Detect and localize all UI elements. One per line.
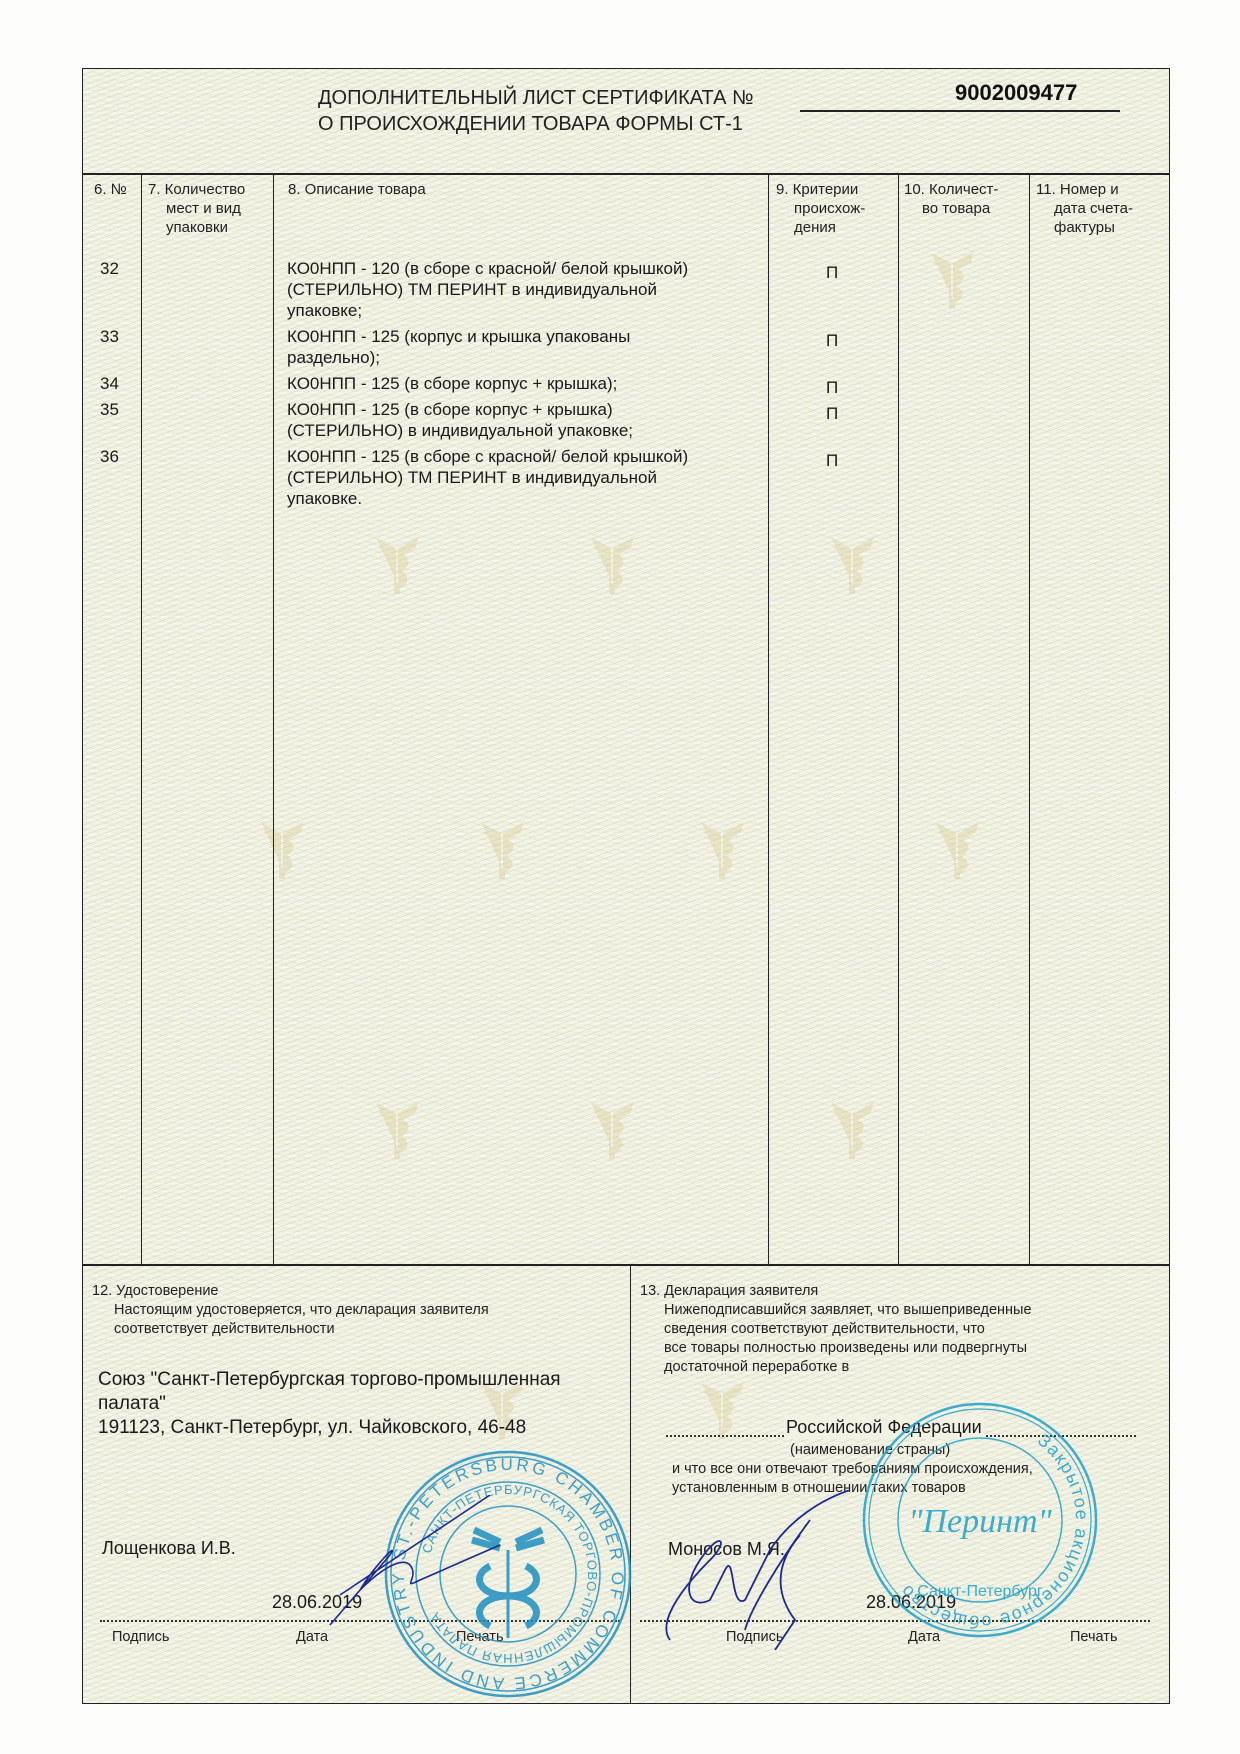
declaration-text-line-2: сведения соответствуют действительности,… — [664, 1320, 985, 1339]
row-number: 36 — [100, 446, 119, 467]
chamber-name-line-1: Союз "Санкт-Петербургская торгово-промыш… — [98, 1368, 561, 1392]
row-origin-criterion: П — [826, 450, 838, 471]
certificate-number-underline — [800, 110, 1120, 112]
declarant-signature-icon — [650, 1490, 880, 1650]
row-number: 34 — [100, 373, 119, 394]
column-header-label: 10. Количест- — [904, 181, 998, 198]
watermark-emblem-icon — [590, 535, 634, 595]
row-description-line: КО0НПП - 125 (в сборе с красной/ белой к… — [287, 446, 688, 467]
column-header-subline: происхож- — [776, 199, 896, 218]
chamber-address: 191123, Санкт-Петербург, ул. Чайковского… — [98, 1416, 526, 1440]
table-bottom-border — [82, 1264, 1170, 1266]
stamp-center-text: "Перинт" — [908, 1503, 1052, 1540]
column-header-label: 11. Номер и — [1036, 181, 1119, 198]
row-description-line: КО0НПП - 125 (в сборе корпус + крышка) — [287, 399, 613, 420]
watermark-emblem-icon — [830, 1100, 874, 1160]
certificate-number: 9002009477 — [955, 80, 1077, 106]
row-description-line: (СТЕРИЛЬНО) ТМ ПЕРИНТ в индивидуальной — [287, 467, 657, 488]
perint-company-stamp-icon: Закрытое акционерное общество "Перинт" С… — [860, 1400, 1100, 1640]
watermark-emblem-icon — [700, 1380, 744, 1440]
certifier-signature-icon — [280, 1495, 540, 1635]
row-description-line: КО0НПП - 120 (в сборе с красной/ белой к… — [287, 258, 688, 279]
column-header-subline: упаковки — [148, 218, 273, 237]
row-description-line: КО0НПП - 125 (в сборе корпус + крышка); — [287, 373, 617, 394]
column-header-label: 6. № — [94, 181, 127, 198]
watermark-emblem-icon — [930, 250, 974, 310]
column-divider-9-10 — [898, 173, 899, 1264]
row-description-line: раздельно); — [287, 347, 380, 368]
chamber-name-line-2: палата" — [98, 1392, 166, 1416]
watermark-emblem-icon — [260, 820, 304, 880]
row-number: 35 — [100, 399, 119, 420]
declaration-text-line-4: достаточной переработке в — [664, 1358, 849, 1377]
column-divider-6-7 — [141, 173, 142, 1264]
certification-heading: 12. Удостоверение — [92, 1282, 219, 1301]
column-header-label: 8. Описание товара — [288, 181, 426, 198]
column-header-description: 8. Описание товара — [288, 180, 426, 199]
column-header-label: 7. Количество — [148, 181, 245, 198]
column-divider-10-11 — [1029, 173, 1030, 1264]
declaration-text-line-3: все товары полностью произведены или под… — [664, 1339, 1027, 1358]
row-origin-criterion: П — [826, 403, 838, 424]
certification-signature-label: Подпись — [112, 1628, 169, 1647]
column-header-quantity: 10. Количест- во товара — [904, 180, 1028, 218]
column-header-invoice: 11. Номер и дата счета- фактуры — [1036, 180, 1166, 237]
column-header-subline: дения — [776, 218, 896, 237]
table-top-border — [82, 173, 1170, 175]
declaration-heading: 13. Декларация заявителя — [640, 1282, 818, 1301]
certification-text-line-1: Настоящим удостоверяется, что декларация… — [114, 1301, 489, 1320]
watermark-emblem-icon — [375, 535, 419, 595]
column-header-subline: фактуры — [1036, 218, 1166, 237]
certification-text-line-2: соответствует действительности — [114, 1320, 335, 1339]
column-header-packages: 7. Количество мест и вид упаковки — [148, 180, 273, 237]
column-header-subline: во товара — [904, 199, 1028, 218]
certifier-name: Лощенкова И.В. — [102, 1536, 236, 1560]
column-divider-8-9 — [768, 173, 769, 1264]
title-line-1: ДОПОЛНИТЕЛЬНЫЙ ЛИСТ СЕРТИФИКАТА № — [318, 86, 753, 111]
watermark-emblem-icon — [590, 1100, 634, 1160]
column-header-subline: дата счета- — [1036, 199, 1166, 218]
row-description-line: (СТЕРИЛЬНО) ТМ ПЕРИНТ в индивидуальной — [287, 279, 657, 300]
row-number: 33 — [100, 326, 119, 347]
row-description-line: КО0НПП - 125 (корпус и крышка упакованы — [287, 326, 630, 347]
row-number: 32 — [100, 258, 119, 279]
watermark-emblem-icon — [935, 820, 979, 880]
watermark-emblem-icon — [700, 820, 744, 880]
declaration-text-line-1: Нижеподписавшийся заявляет, что вышеприв… — [664, 1301, 1032, 1320]
row-origin-criterion: П — [826, 262, 838, 283]
row-description-line: (СТЕРИЛЬНО) в индивидуальной упаковке; — [287, 420, 633, 441]
watermark-emblem-icon — [830, 535, 874, 595]
watermark-emblem-icon — [480, 820, 524, 880]
stamp-bottom-text: Санкт-Петербург — [917, 1583, 1043, 1600]
column-header-label: 9. Критерии — [776, 181, 858, 198]
column-header-origin-criteria: 9. Критерии происхож- дения — [776, 180, 896, 237]
row-origin-criterion: П — [826, 330, 838, 351]
watermark-emblem-icon — [375, 1100, 419, 1160]
row-origin-criterion: П — [826, 377, 838, 398]
column-header-number: 6. № — [94, 180, 139, 199]
column-header-subline: мест и вид — [148, 199, 273, 218]
row-description-line: упаковке; — [287, 300, 362, 321]
column-divider-7-8 — [273, 173, 274, 1264]
title-line-2: О ПРОИСХОЖДЕНИИ ТОВАРА ФОРМЫ СТ-1 — [318, 112, 743, 137]
row-description-line: упаковке. — [287, 488, 362, 509]
